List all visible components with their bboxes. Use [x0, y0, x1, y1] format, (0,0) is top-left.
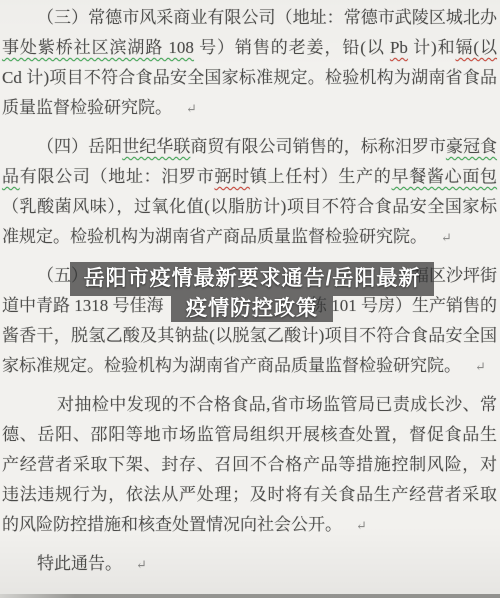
- text-run: （三）常德市风采商业有限公司（地址：常德市武陵区城北办: [37, 8, 497, 27]
- text-line: 事处紫桥社区滨湖路 108 号）销售的老姜，铅(以 Pb 计)和镉(以: [2, 33, 497, 63]
- text-run: 品: [2, 167, 20, 186]
- paragraph-return-mark: ↵: [475, 359, 486, 374]
- text-line: 违法违规行为，依法从严处理；及时将有关食品生产经营者采取: [2, 480, 497, 510]
- text-line: （三）常德市风采商业有限公司（地址：常德市武陵区城北办: [2, 3, 497, 33]
- text-run: 豪冠食: [446, 137, 497, 156]
- text-line: Cd 计)项目不符合食品安全国家标准规定。检验机构为湖南省食品: [2, 63, 497, 93]
- text-line: 对抽检中发现的不合格食品,省市场监管局已责成长沙、常: [2, 390, 497, 420]
- text-run: 酱香干，脱氢乙酸及其钠盐(以脱氢乙酸计)项目不符合食品安全国: [2, 326, 497, 345]
- text-line: 家标准规定。检验机构为湖南省产商品质量监督检验研究院。↵: [2, 351, 497, 382]
- text-run: 早餐酱心面包: [392, 167, 498, 186]
- text-run: Cd 计)项目不符合食品安全国家标准规定。检验机构为湖南省食品: [2, 68, 497, 87]
- text-run: 准规定。检验机构为湖南省产商品质量监督检验研究院。: [2, 227, 427, 246]
- text-run: 的风险防控措施和核查处置情况向社会公开。: [2, 515, 342, 534]
- document-body: （三）常德市风采商业有限公司（地址：常德市武陵区城北办事处紫桥社区滨湖路 108…: [2, 3, 497, 580]
- text-run: 福区沙坪街: [412, 261, 497, 291]
- text-run: Pb: [390, 38, 408, 57]
- text-run: 质量监督检验研究院。: [2, 98, 172, 117]
- text-run: 产经营者采取下架、封存、召回不合格产品等措施控制风险，对: [2, 455, 497, 474]
- paragraph-return-mark: ↵: [441, 230, 452, 245]
- text-line: 质量监督检验研究院。↵: [2, 93, 497, 124]
- text-line: （五）福区沙坪街: [2, 261, 497, 291]
- paragraph: 特此通告。↵: [2, 549, 497, 580]
- scan-bottom-edge: [0, 594, 500, 598]
- text-run: （乳酸菌风味），过氧化值(以脂肪计)项目不符合食品安全国家标: [2, 197, 497, 216]
- text-run: 栋 101 号房）生产销售的: [310, 291, 497, 321]
- paragraph-return-mark: ↵: [136, 557, 147, 572]
- text-line: 德、岳阳、邵阳等地市场监管局组织开展核查处置，督促食品生: [2, 420, 497, 450]
- text-line: 产经营者采取下架、封存、召回不合格产品等措施控制风险，对: [2, 450, 497, 480]
- text-line: （乳酸菌风味），过氧化值(以脂肪计)项目不符合食品安全国家标: [2, 192, 497, 222]
- paragraph-return-mark: ↵: [356, 518, 367, 533]
- scanned-notice-page: （三）常德市风采商业有限公司（地址：常德市武陵区城北办事处紫桥社区滨湖路 108…: [0, 0, 500, 598]
- text-line: 特此通告。↵: [2, 549, 497, 580]
- text-run: 镇上任村）生产的: [250, 167, 392, 186]
- text-line: 酱香干，脱氢乙酸及其钠盐(以脱氢乙酸计)项目不符合食品安全国: [2, 321, 497, 351]
- text-line: 准规定。检验机构为湖南省产商品质量监督检验研究院。↵: [2, 222, 497, 253]
- text-run: 道中青路 1318 号佳海: [2, 291, 164, 321]
- text-run: 德、岳阳、邵阳等地市场监管局组织开展核查处置，督促食品生: [2, 425, 497, 444]
- paragraph: （五）福区沙坪街道中青路 1318 号佳海栋 101 号房）生产销售的酱香干，脱…: [2, 261, 497, 382]
- text-run: 对抽检中发现的不合格食品,省市场监管局已责成长沙、常: [57, 395, 497, 414]
- text-run: 有限公司（地址：汨罗市: [20, 167, 215, 186]
- text-line: 道中青路 1318 号佳海栋 101 号房）生产销售的: [2, 291, 497, 321]
- text-run: 世纪华联: [122, 137, 190, 156]
- text-run: （四）岳阳: [37, 137, 122, 156]
- paragraph: （三）常德市风采商业有限公司（地址：常德市武陵区城北办事处紫桥社区滨湖路 108…: [2, 3, 497, 124]
- text-line: 的风险防控措施和核查处置情况向社会公开。↵: [2, 510, 497, 541]
- text-run: 商贸有限公司销售的，标称汨罗市: [190, 137, 446, 156]
- text-run: 特此通告。: [37, 554, 122, 573]
- text-line: （四）岳阳世纪华联商贸有限公司销售的，标称汨罗市豪冠食: [2, 132, 497, 162]
- text-run: 镉(以: [456, 38, 498, 57]
- text-run: 计)和: [408, 38, 456, 57]
- paragraph-return-mark: ↵: [186, 101, 197, 116]
- paragraph: 对抽检中发现的不合格食品,省市场监管局已责成长沙、常德、岳阳、邵阳等地市场监管局…: [2, 390, 497, 541]
- paragraph: （四）岳阳世纪华联商贸有限公司销售的，标称汨罗市豪冠食品有限公司（地址：汨罗市弼…: [2, 132, 497, 253]
- text-run: 违法违规行为，依法从严处理；及时将有关食品生产经营者采取: [2, 485, 497, 504]
- text-run: 弼时: [214, 167, 249, 186]
- text-run: 事处紫桥社区滨湖路 108: [2, 38, 194, 57]
- text-run: 家标准规定。检验机构为湖南省产商品质量监督检验研究院。: [2, 356, 461, 375]
- text-line: 品有限公司（地址：汨罗市弼时镇上任村）生产的早餐酱心面包: [2, 162, 497, 192]
- text-run: 号）销售的老姜，铅(以: [194, 38, 390, 57]
- text-run: （五）: [37, 261, 88, 291]
